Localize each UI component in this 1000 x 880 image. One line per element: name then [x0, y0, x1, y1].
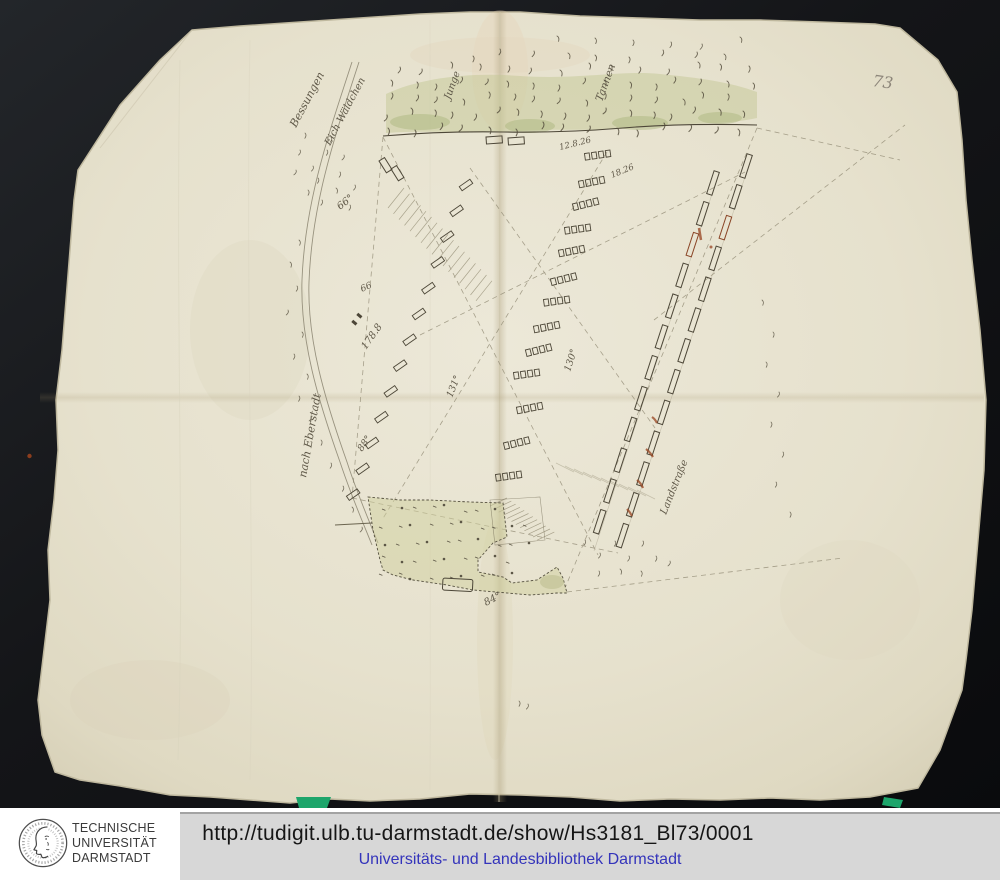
wordmark-line1: TECHNISCHE	[72, 821, 157, 836]
scan-photo-area: Bessungen Eich Wäldchen Junge Tannen nac…	[0, 0, 1000, 808]
manuscript-scan: Bessungen Eich Wäldchen Junge Tannen nac…	[0, 0, 1000, 808]
athena-head-icon	[18, 818, 68, 868]
library-link[interactable]: Universitäts- und Landesbibliothek Darms…	[359, 851, 682, 869]
digitized-manuscript-page: Bessungen Eich Wäldchen Junge Tannen nac…	[0, 0, 1000, 880]
folio-number: 73	[871, 71, 894, 93]
citation-footer: TECHNISCHE UNIVERSITÄT DARMSTADT http://…	[0, 808, 1000, 880]
green-clamp-left	[296, 797, 331, 808]
wordmark-line2: UNIVERSITÄT	[72, 836, 157, 851]
citation-url: http://tudigit.ulb.tu-darmstadt.de/show/…	[202, 822, 753, 846]
wordmark-line3: DARMSTADT	[72, 851, 157, 866]
tu-darmstadt-wordmark: TECHNISCHE UNIVERSITÄT DARMSTADT	[72, 821, 157, 866]
